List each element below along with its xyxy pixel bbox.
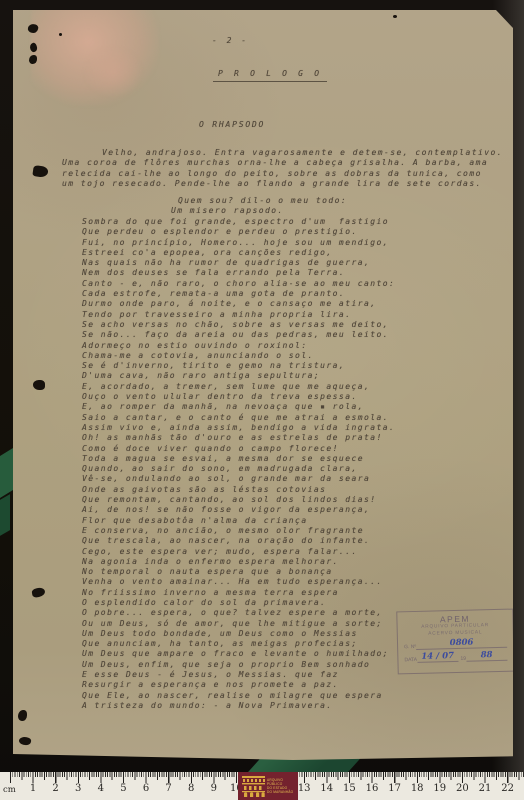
ruler-number: 15 <box>343 783 356 794</box>
stamp-date-label: DATA <box>404 657 417 663</box>
building-icon <box>240 774 267 798</box>
text-line: E esse Deus - é Jesus, o Messias. que fa… <box>82 670 395 680</box>
text-line: D'uma cava, não raro antiga sepultura; <box>82 371 395 381</box>
ink-blot <box>31 587 45 598</box>
stamp-registry-number: 0806 <box>416 638 507 650</box>
measurement-ruler: cm 1234567891013141516171819202122 Arqui… <box>0 772 524 800</box>
text-line: Toda a magua se esvai, a mesma dor se es… <box>82 454 395 464</box>
text-line: Resurgir a esperança e nos promete a paz… <box>82 680 395 690</box>
page-number: - 2 - <box>212 36 249 46</box>
text-line: Venha o vento amainar... Ha em tudo espe… <box>82 577 395 587</box>
text-line: Na agonia inda o enfermo espera melhorar… <box>82 557 395 567</box>
ruler-number: 21 <box>479 783 492 794</box>
ruler-number: 16 <box>366 783 379 794</box>
section-heading: O RHAPSODO <box>199 120 265 130</box>
ruler-unit-label: cm <box>3 785 16 795</box>
text-line: Vê-se, ondulando ao sol, o grande mar da… <box>82 474 395 484</box>
text-line: Estreei co'a epopea, ora canções redigo, <box>82 248 395 258</box>
text-line: E, acordado, a tremer, sem lume que me a… <box>82 382 395 392</box>
ink-blot <box>59 33 62 36</box>
ruler-number: 19 <box>433 783 446 794</box>
paper-stain <box>31 0 159 106</box>
text-line: Ou um Deus, só de amor, que lhe mitigue … <box>82 619 395 629</box>
text-line: um tojo resecado. Pende-lhe ao flando a … <box>62 179 503 189</box>
text-line: Velho, andrajoso. Entra vagarosamente e … <box>62 148 503 158</box>
document-page: - 2 - P R O L O G O O RHAPSODO Velho, an… <box>13 10 513 760</box>
ruler-number: 8 <box>188 783 194 794</box>
text-line: O esplendido calor do sol da primavera. <box>82 598 395 608</box>
ruler-number: 7 <box>165 783 171 794</box>
ruler-number: 22 <box>501 783 514 794</box>
ink-blot <box>32 165 48 178</box>
ruler-number: 17 <box>388 783 401 794</box>
text-line: A tristeza do mundo: - a Nova Primavera. <box>82 701 395 711</box>
ruler-number: 1 <box>30 783 36 794</box>
text-line: Quem sou? dil-o o meu todo: <box>171 196 347 206</box>
text-line: Adormeço no estio ouvindo o roxinol: <box>82 341 395 351</box>
text-line: Se acho versas no chão, sobre as versas … <box>82 320 395 330</box>
ruler-number: 4 <box>98 783 104 794</box>
paper-stain-small <box>83 46 143 98</box>
text-line: Durmo onde paro, á noite, e o cansaço me… <box>82 299 395 309</box>
text-line: No temporal o nauta espera que a bonança <box>82 567 395 577</box>
ink-blot <box>29 42 39 53</box>
stamp-registry-label: G. Nº <box>404 644 416 650</box>
text-line: Tendo por travesseiro a minha propria li… <box>82 310 395 320</box>
green-cloth-edge-left <box>0 448 13 498</box>
text-line: Como é doce viver quando o campo florece… <box>82 444 395 454</box>
text-line: O pobre... espera, o que? talvez espere … <box>82 608 395 618</box>
text-line: Oh! as manhãs tão d'ouro e as estrelas d… <box>82 433 395 443</box>
text-line: Que remontam, cantando, ao sol dos lindo… <box>82 495 395 505</box>
ink-blot <box>18 736 31 746</box>
text-line: Nas quais não ha rumor de quadrigas de g… <box>82 258 395 268</box>
archive-logo-text: ArquivoPúblicodo Estadodo Maranhão <box>267 778 298 794</box>
archive-stamp: APEM ARQUIVO PARTICULAR ACERVO MUSICAL G… <box>396 609 515 675</box>
ink-blot <box>33 380 45 390</box>
stamp-date-row: DATA 14 / 07 19 88 <box>404 651 507 664</box>
text-line: do Maranhão <box>267 790 298 794</box>
archive-logo: ArquivoPúblicodo Estadodo Maranhão <box>238 772 298 800</box>
text-line: Sombra do que foi grande, espectro d'um … <box>82 217 395 227</box>
stamp-registry-row: G. Nº 0806 <box>404 638 507 651</box>
ruler-number: 18 <box>411 783 424 794</box>
stamp-year-value: 88 <box>466 651 508 662</box>
text-line: Canto - e, não raro, o choro alia-se ao … <box>82 279 395 289</box>
text-line: Flor que desabotôa n'alma da criança <box>82 516 395 526</box>
text-line: Um misero rapsodo. <box>171 206 347 216</box>
text-line: Cego, este espera ver; mudo, espera fala… <box>82 547 395 557</box>
text-line: Quando, ao sair do sono, em madrugada cl… <box>82 464 395 474</box>
text-line: E, ao romper da manhã, na nevoaça que ▪ … <box>82 402 395 412</box>
text-line: relecida cai-lhe ao longo do peito, sobr… <box>62 169 503 179</box>
ink-blot <box>18 710 27 721</box>
ruler-number: 9 <box>211 783 217 794</box>
text-line: Cada estrofe, remata-a uma gota de prant… <box>82 289 395 299</box>
intro-couplet: Quem sou? dil-o o meu todo:Um misero rap… <box>171 196 347 217</box>
ruler-number: 5 <box>120 783 126 794</box>
text-line: Se não... faço da areia ou das pedras, m… <box>82 330 395 340</box>
green-cloth-edge-left-2 <box>0 494 10 536</box>
text-line: Um Deus todo bondade, um Deus como o Mes… <box>82 629 395 639</box>
text-line: No friissimo inverno a mesma terra esper… <box>82 588 395 598</box>
text-line: Que trescala, ao nascer, na oração do in… <box>82 536 395 546</box>
page-title: P R O L O G O <box>213 69 327 82</box>
text-line: Fui, no princípio, Homero... hoje sou um… <box>82 238 395 248</box>
text-line: Um Deus, enfim, que seja o proprio Bem s… <box>82 660 395 670</box>
text-line: Nem dos deuses se fala errando pela Terr… <box>82 268 395 278</box>
text-line: Que anunciam, ha tanto, as meigas profec… <box>82 639 395 649</box>
text-line: Ai, de nos! se não fosse o vigor da espe… <box>82 505 395 515</box>
text-line: Se é d'inverno, tirito e gemo na tristur… <box>82 361 395 371</box>
stage-directions-paragraph: Velho, andrajoso. Entra vagarosamente e … <box>62 148 503 189</box>
text-line: Uma coroa de flôres murchas orna-lhe a c… <box>62 158 503 168</box>
text-line: Chama-me a cotovia, anunciando o sol. <box>82 351 395 361</box>
text-line: Ouço o vento ulular dentro da treva espe… <box>82 392 395 402</box>
poem-body: Sombra do que foi grande, espectro d'um … <box>82 217 395 711</box>
text-line: Que Ele, ao nascer, realise o milagre qu… <box>82 691 395 701</box>
ink-blot <box>27 23 39 34</box>
ruler-number: 20 <box>456 783 469 794</box>
ruler-number: 2 <box>52 783 58 794</box>
stamp-subtitle-2: ACERVO MUSICAL <box>398 630 513 638</box>
ruler-number: 13 <box>298 783 311 794</box>
stamp-date-value: 14 / 07 <box>417 652 459 663</box>
ink-speck <box>393 15 397 18</box>
ruler-number: 6 <box>143 783 149 794</box>
text-line: Um Deus que ampare o fraco e levante o h… <box>82 649 395 659</box>
text-line: Onde as gaivotas são as léstas cotovias <box>82 485 395 495</box>
text-line: Assim vivo e, ainda assim, bendigo a vid… <box>82 423 395 433</box>
ink-blot <box>29 55 37 64</box>
text-line: Que perdeu o esplendor e perdeu o presti… <box>82 227 395 237</box>
text-line: Saio a cantar, e o canto é que me atrai … <box>82 413 395 423</box>
ruler-number: 3 <box>75 783 81 794</box>
ruler-number: 14 <box>320 783 333 794</box>
text-line: E conserva, no ancião, o mesmo olor frag… <box>82 526 395 536</box>
